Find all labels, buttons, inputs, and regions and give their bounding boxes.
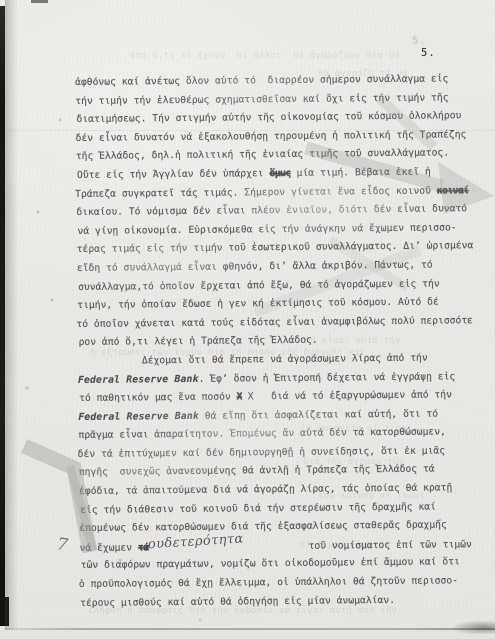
typed-text: ἐφόδια, τά ἀπαιτούμενα διά νά ἀγοράζῃ λί… bbox=[79, 482, 452, 497]
typed-text: εἰς τήν διάθεσιν τοῦ κοινοῦ διά τήν στερ… bbox=[80, 501, 436, 515]
typed-line: τέρους μισθούς καί αὐτό θά ὁδηγήσῃ εἰς μ… bbox=[80, 591, 484, 613]
typed-text: Οὔτε εἰς τήν Ἀγγλίαν δέν ὑπάρχει bbox=[77, 168, 270, 181]
typed-text: τῶν διαφόρων πραγμάτων, νομίζω ὅτι οἰκοδ… bbox=[81, 557, 460, 572]
typed-text: νά γίνῃ οἰκονομία. Εὑρισκόμεθα εἰς τήν ἀ… bbox=[77, 222, 456, 237]
typed-text: δικαίου. Τό νόμισμα δέν εἶναι πλέον ἑνια… bbox=[76, 203, 467, 218]
typed-text: εἴδη τό συνάλλαγμά εἶναι φθηνόν, δι’ ἄλλ… bbox=[77, 260, 433, 274]
typed-text: τιμήν, τήν ὁποίαν ἔδωσε ἡ γεν κή ἐκτίμησ… bbox=[77, 297, 439, 311]
scan-edge-top-dash bbox=[31, 0, 48, 3]
typed-text: Τράπεζα συγκρατεῖ τάς τιμάς. Σήμερον γίν… bbox=[75, 185, 437, 199]
bleed-through-fragment: ἀπό ὅ,τι τό ἔχουν οἱ ἄλλοι θά ἀγοράζουν … bbox=[130, 51, 400, 61]
latin-emphasis-text: Federal Reserve Bank bbox=[78, 373, 199, 385]
typed-text: ρον ἀπό ὅ,τι λέγει ἡ Τράπεζα τῆς Ἑλλάδος… bbox=[79, 335, 318, 348]
typed-text: τέρας τιμάς εἰς τήν τιμήν τοῦ ἐσωτερικοῦ… bbox=[77, 241, 474, 256]
page-number-ghost: 5. bbox=[412, 35, 427, 47]
typed-text: δέν τά ἐπιτύχωμεν καί δέν δημιουργηθῇ ἡ … bbox=[78, 445, 446, 460]
typed-text: θά εἴπῃ ὅτι ἀσφαλίζεται καί αὐτή, ὅτι τό bbox=[199, 408, 438, 421]
typed-text: διατιμήσεως. Τήν στιγμήν αὐτήν τῆς οἰκον… bbox=[76, 110, 461, 125]
typed-text: τῆς Ἑλλάδος, δηλ.ἡ πολιτική τῆς ἑνιαίας … bbox=[76, 148, 449, 163]
typed-text: τοῦ νομίσματος ἐπί τῶν τιμῶν bbox=[308, 539, 471, 552]
typed-text: τέρους μισθούς καί αὐτό θά ὁδηγήσῃ εἰς μ… bbox=[80, 595, 395, 609]
typewriter-strikeout: κοιναί bbox=[437, 185, 469, 196]
page-number: 5. bbox=[421, 47, 436, 59]
typed-text: πηγῆς συνεχῶς ἀνανεουμένης θά ἀντλῇ ἡ Τρ… bbox=[79, 464, 435, 478]
typed-text: τήν τιμήν τήν ἐλευθέρως σχηματισθεῖσαν κ… bbox=[75, 92, 448, 107]
typed-text: πρᾶγμα εἶναι ἀπαραίτητον. Ἑπομένως ἄν αὐ… bbox=[78, 427, 446, 442]
scanned-document-page: ἀπό ὅ,τι τό ἔχουν οἱ ἄλλοι θά ἀγοράζουν … bbox=[0, 0, 495, 639]
typed-text: Δέχομαι ὅτι θά ἔπρεπε νά ἀγοράσωμεν λίρα… bbox=[78, 353, 428, 367]
typed-text: δέν εἶναι δυνατόν νά ἐξακολουθήσῃ τηρουμ… bbox=[76, 129, 467, 144]
typed-text: τό ὁποῖον χάνεται κατά τούς εἰδότας εἶνα… bbox=[76, 315, 473, 330]
typewritten-text: ἀφθόνως καί ἀνέτως ὅλον αὐτό τό διαρρέον… bbox=[75, 70, 484, 613]
latin-emphasis-text: Federal Reserve Bank bbox=[78, 411, 199, 423]
scan-bottom-band bbox=[0, 630, 495, 639]
scan-edge-left-shadow bbox=[5, 0, 18, 632]
typewriter-strikeout: ὅμως bbox=[269, 168, 290, 179]
scan-corner-smudge bbox=[449, 620, 495, 634]
typed-text: μία τιμή. Βέβαια ἐκεῖ ἡ bbox=[291, 167, 431, 179]
margin-annotation-7: 7 bbox=[56, 534, 70, 555]
typed-text: τό παθητικόν μας ἕνα ποσόν bbox=[79, 392, 237, 405]
typed-text: ἀφθόνως καί ἀνέτως ὅλον αὐτό τό διαρρέον… bbox=[75, 73, 448, 88]
typed-text: συνάλλαγμα,τό ὁποῖον ἔρχεται ἀπό ἔξω, θά… bbox=[78, 278, 440, 292]
typed-text: Χ διά νά τό ἐξαργυρώσωμεν ἀπό τήν bbox=[242, 389, 452, 402]
typed-line: ὁ προϋπολογισμός θά ἔχῃ ἔλλειμμα, οἱ ὑπά… bbox=[79, 572, 484, 594]
typed-text: νά ἔχωμεν bbox=[80, 542, 138, 554]
typed-text: ὁ προϋπολογισμός θά ἔχῃ ἔλλειμμα, οἱ ὑπά… bbox=[79, 575, 458, 590]
typed-text: . Ἐφ’ ὅσον ἡ Ἐπιτροπή δέχεται νά ἐγγράψῃ… bbox=[199, 371, 456, 384]
